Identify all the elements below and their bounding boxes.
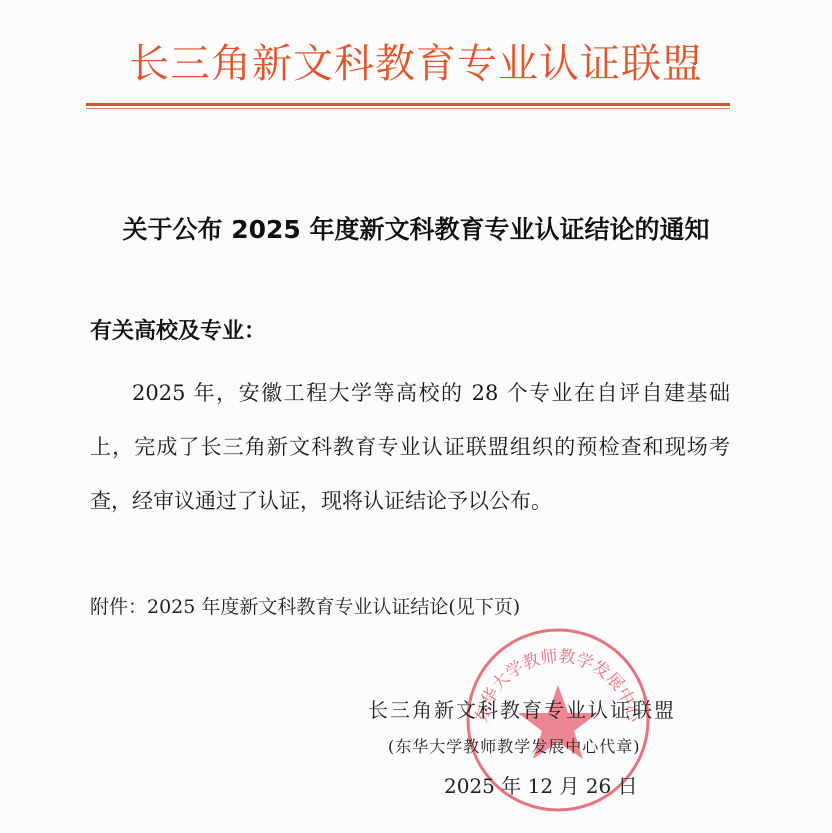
signature-org: 长三角新文科教育专业认证联盟 — [368, 695, 676, 725]
letterhead-org-name: 长三角新文科教育专业认证联盟 — [0, 38, 832, 90]
letterhead-divider — [86, 103, 730, 106]
notice-salutation: 有关高校及专业： — [90, 316, 266, 348]
notice-title: 关于公布 2025 年度新文科教育专业认证结论的通知 — [0, 212, 832, 248]
notice-body: 2025 年，安徽工程大学等高校的 28 个专业在自评自建基础上，完成了长三角新… — [90, 366, 730, 528]
signature-seal-note: (东华大学教师教学发展中心代章) — [388, 734, 641, 760]
letterhead-divider-thin — [86, 108, 730, 109]
notice-attachment: 附件：2025 年度新文科教育专业认证结论(见下页) — [90, 592, 520, 622]
signature-date: 2025 年 12 月 26 日 — [444, 771, 638, 801]
